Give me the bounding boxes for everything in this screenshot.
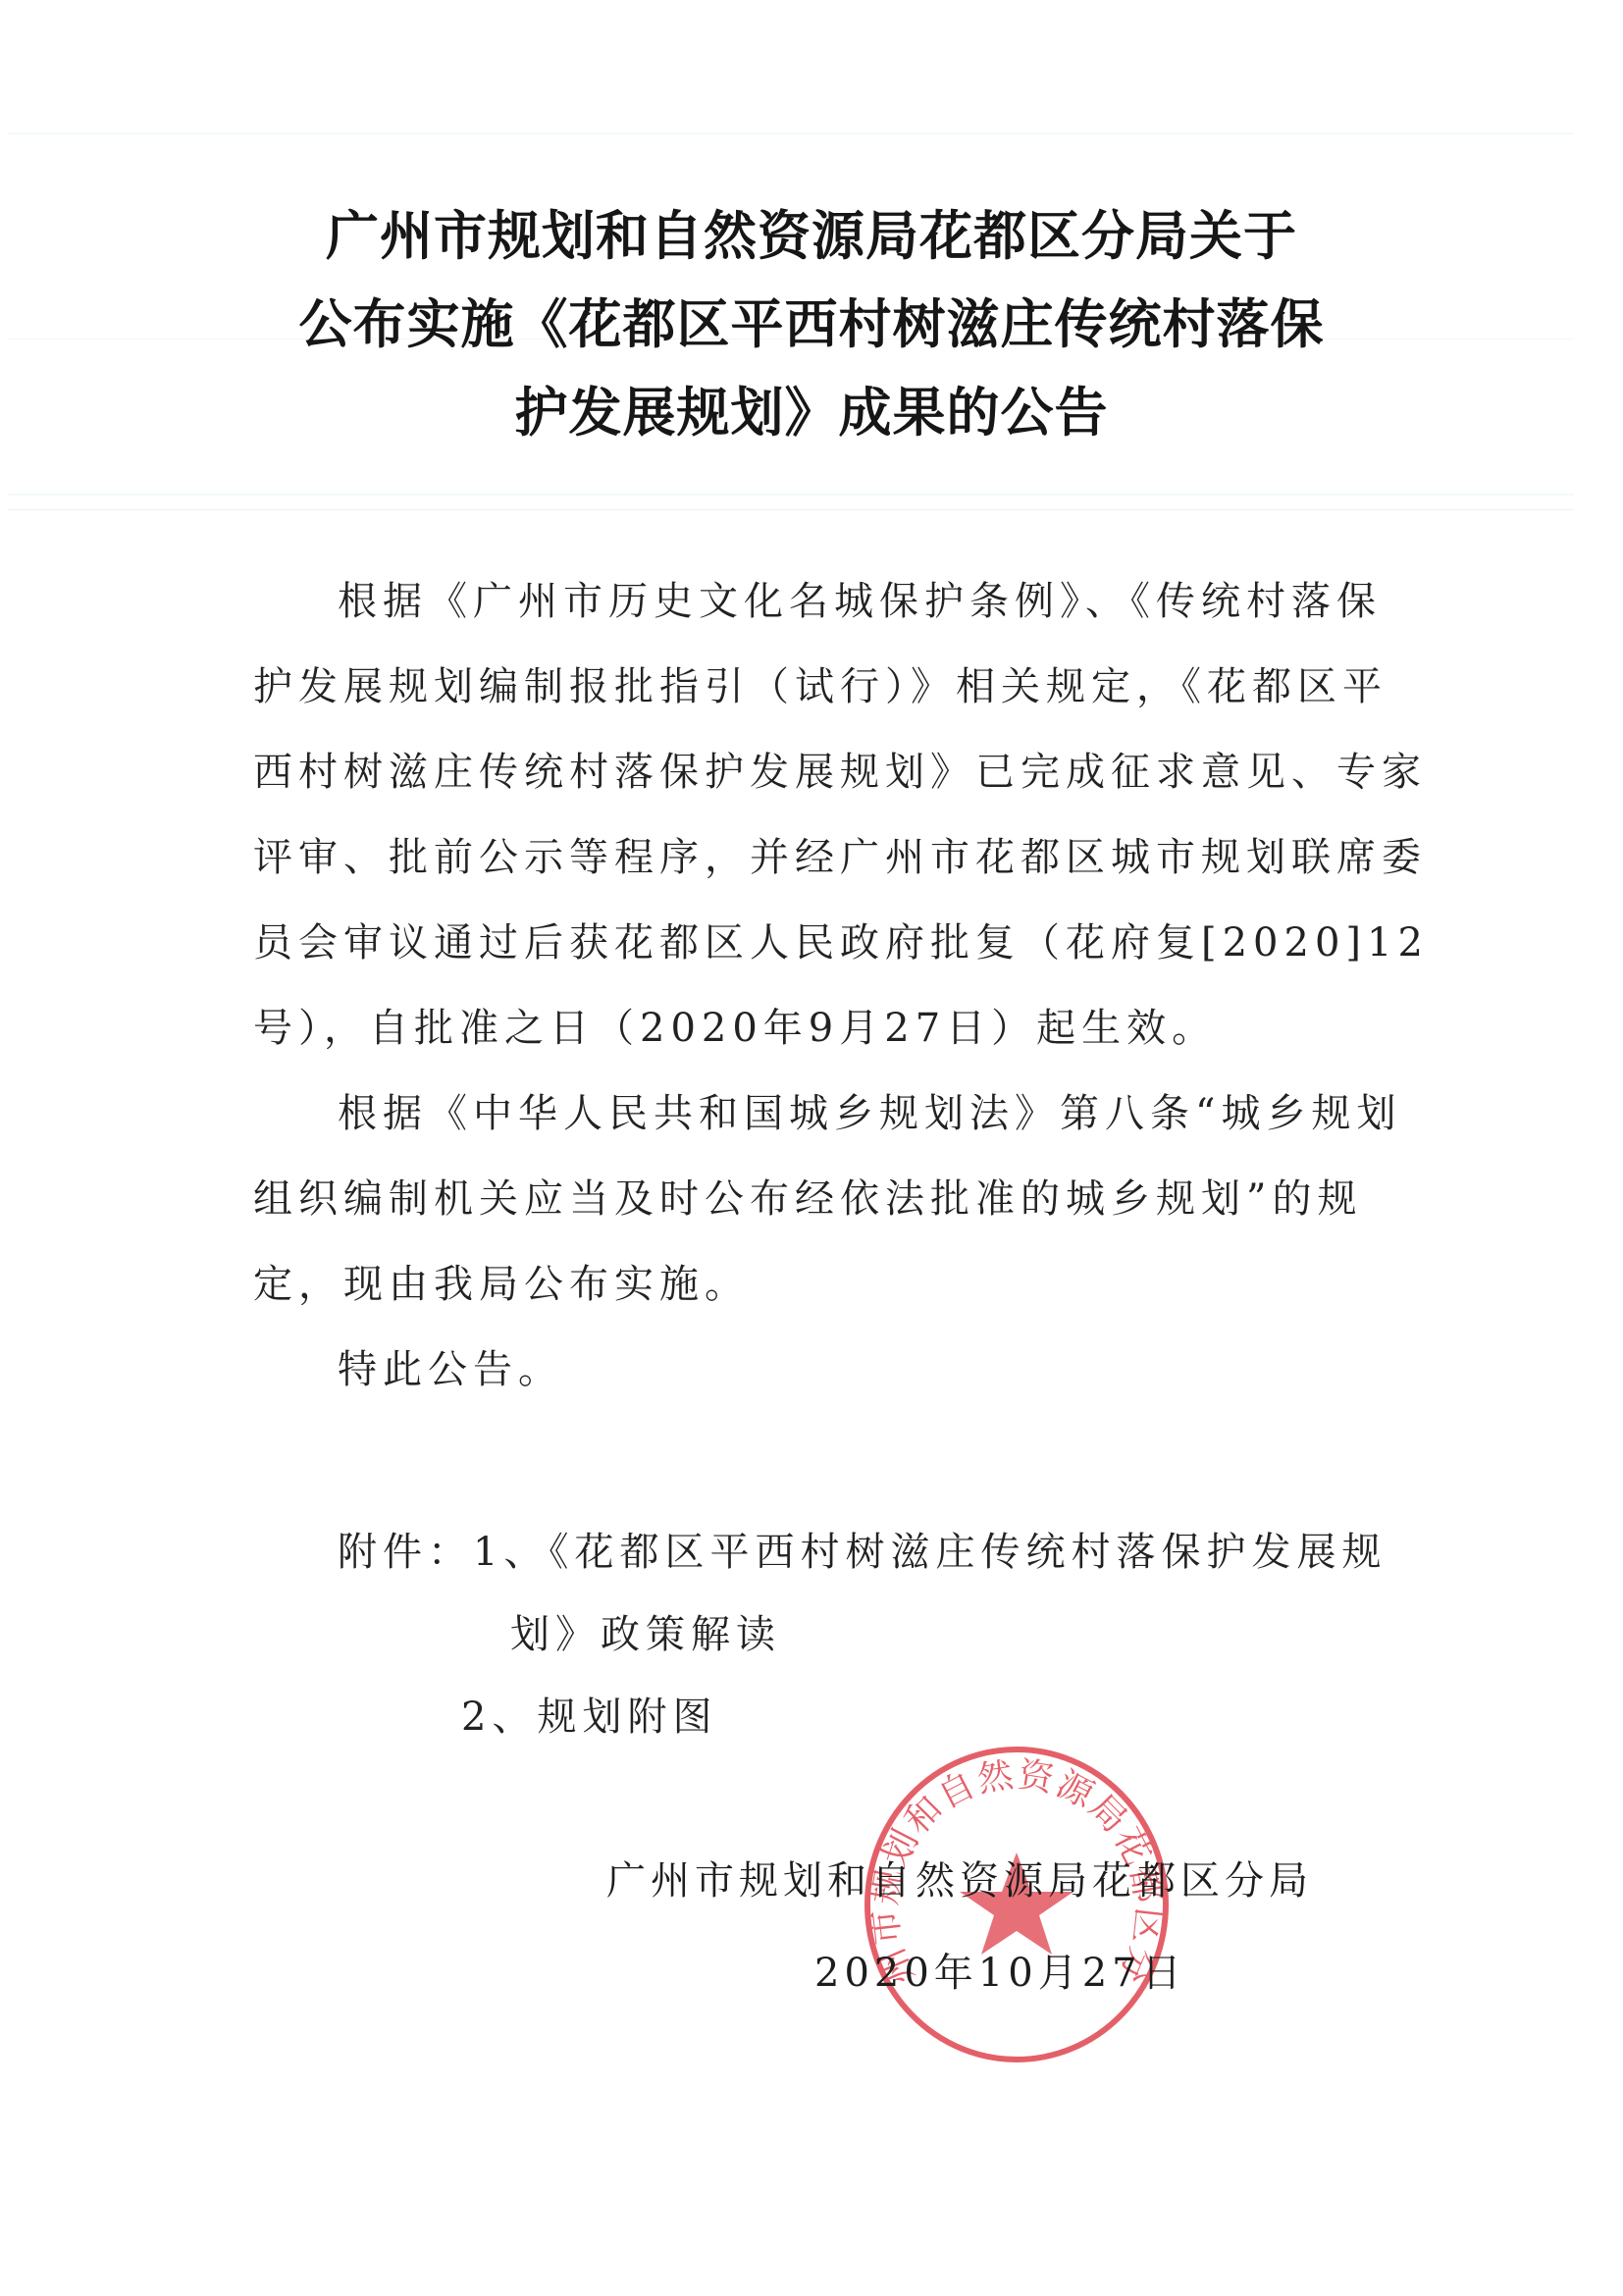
title-line-3: 护发展规划》成果的公告 bbox=[0, 369, 1623, 457]
paragraph-legal-basis: 根据《中华人民共和国城乡规划法》第八条“城乡规划 组织编制机关应当及时公布经依法… bbox=[253, 1071, 1391, 1328]
attachment-title: 规划附图 bbox=[537, 1695, 717, 1740]
document-body: 根据《广州市历史文化名城保护条例》、《传统村落保 护发展规划编制报批指引（试行）… bbox=[253, 559, 1391, 1413]
issuer-name: 广州市规划和自然资源局花都区分局 bbox=[606, 1835, 1391, 1927]
title-line-2: 公布实施《花都区平西村树滋庄传统村落保 bbox=[0, 281, 1623, 369]
paragraph-closing: 特此公告。 bbox=[253, 1328, 1391, 1413]
paragraph-line: 员会审议通过后获花都区人民政府批复（花府复[2020]12 bbox=[253, 901, 1391, 986]
attachments-section: 附件：1、《花都区平西村树滋庄传统村落保护发展规 划》政策解读 2、规划附图 bbox=[338, 1511, 1417, 1758]
signature-block: 广州市规划和自然资源局花都区分局 2020年10月27日 bbox=[606, 1835, 1391, 2019]
attachments-label: 附件： bbox=[338, 1530, 473, 1575]
paragraph-line: 根据《中华人民共和国城乡规划法》第八条“城乡规划 bbox=[253, 1071, 1391, 1157]
paragraph-line: 组织编制机关应当及时公布经依法批准的城乡规划”的规 bbox=[253, 1157, 1391, 1242]
paragraph-line: 评审、批前公示等程序，并经广州市花都区城市规划联席委 bbox=[253, 815, 1391, 901]
scan-artifact-line bbox=[8, 494, 1574, 496]
title-line-1: 广州市规划和自然资源局花都区分局关于 bbox=[0, 192, 1623, 281]
paragraph-approval: 根据《广州市历史文化名城保护条例》、《传统村落保 护发展规划编制报批指引（试行）… bbox=[253, 559, 1391, 1071]
document-title: 广州市规划和自然资源局花都区分局关于 公布实施《花都区平西村树滋庄传统村落保 护… bbox=[0, 192, 1623, 457]
scan-artifact-line bbox=[8, 132, 1574, 134]
attachment-item-1: 附件：1、《花都区平西村树滋庄传统村落保护发展规 bbox=[338, 1511, 1417, 1593]
paragraph-line: 号），自批准之日（2020年9月27日）起生效。 bbox=[253, 986, 1391, 1071]
scan-artifact-line bbox=[8, 509, 1574, 510]
paragraph-line: 特此公告。 bbox=[253, 1328, 1391, 1413]
paragraph-line: 护发展规划编制报批指引（试行）》相关规定，《花都区平 bbox=[253, 645, 1391, 730]
paragraph-line: 根据《广州市历史文化名城保护条例》、《传统村落保 bbox=[253, 559, 1391, 645]
attachment-item-1-continuation: 划》政策解读 bbox=[338, 1593, 1417, 1676]
attachment-number: 2、 bbox=[461, 1695, 537, 1740]
issue-date: 2020年10月27日 bbox=[606, 1927, 1391, 2019]
attachment-number: 1、 bbox=[473, 1530, 549, 1575]
paragraph-line: 西村树滋庄传统村落保护发展规划》已完成征求意见、专家 bbox=[253, 730, 1391, 815]
attachment-title: 《花都区平西村树滋庄传统村落保护发展规 bbox=[549, 1530, 1387, 1575]
paragraph-line: 定，现由我局公布实施。 bbox=[253, 1242, 1391, 1328]
